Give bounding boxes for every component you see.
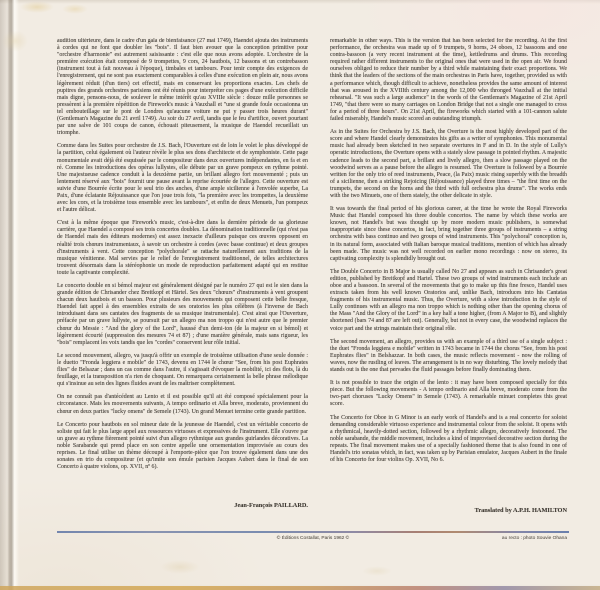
sleeve-left-seam — [7, 0, 19, 590]
liner-paragraph-english: The Concerto for Oboe in G Minor is an e… — [330, 415, 567, 465]
sleeve-left-edge-shadow — [0, 0, 7, 590]
footer-divider-line — [57, 531, 569, 533]
liner-paragraph-french: Comme dans les Suites pour orchestre de … — [57, 143, 308, 214]
liner-paragraph-french: Le second mouvement, allegro, va jusqu'à… — [57, 353, 308, 388]
paper-stain — [20, 1, 54, 13]
liner-paragraph-english: It was towards the final period of his g… — [330, 206, 567, 263]
photo-credit: au recto : photo Souvie Ohana — [330, 536, 567, 542]
paper-stain — [160, 560, 200, 574]
liner-paragraph-french: audition ultérieure, dans le cadre d'un … — [57, 38, 308, 137]
liner-paragraph-french: C'est à la même époque que Firework's mu… — [57, 220, 308, 277]
liner-paragraph-french: On ne connaît pas d'antécédent au Lento … — [57, 394, 308, 415]
liner-paragraph-english: The Double Concerto in B Major is usuall… — [330, 269, 567, 333]
liner-paragraph-english: It is not possible to trace the origin o… — [330, 380, 567, 408]
paper-stain — [62, 4, 88, 14]
author-signature: Jean-François PAILLARD. — [57, 502, 308, 509]
translator-credit: Translated by A.P.H. HAMILTON — [330, 507, 567, 514]
liner-paragraph-french: Le concerto double en si bémol majeur es… — [57, 283, 308, 347]
paper-stain — [362, 566, 392, 576]
album-back-cover: audition ultérieure, dans le cadre d'un … — [0, 0, 600, 590]
liner-paragraph-french: Le Concerto pour hautbois en sol mineur … — [57, 422, 308, 472]
liner-notes-french-column: audition ultérieure, dans le cadre d'un … — [57, 38, 308, 502]
liner-paragraph-english: As in the Suites for Orchestra by J.S. B… — [330, 129, 567, 200]
liner-paragraph-english: remarkable in other ways. This is the ve… — [330, 38, 567, 123]
liner-paragraph-english: The second movement, an allegro, provide… — [330, 339, 567, 374]
liner-notes-english-column: remarkable in other ways. This is the ve… — [330, 38, 567, 502]
sleeve-bottom-edge — [0, 586, 600, 590]
